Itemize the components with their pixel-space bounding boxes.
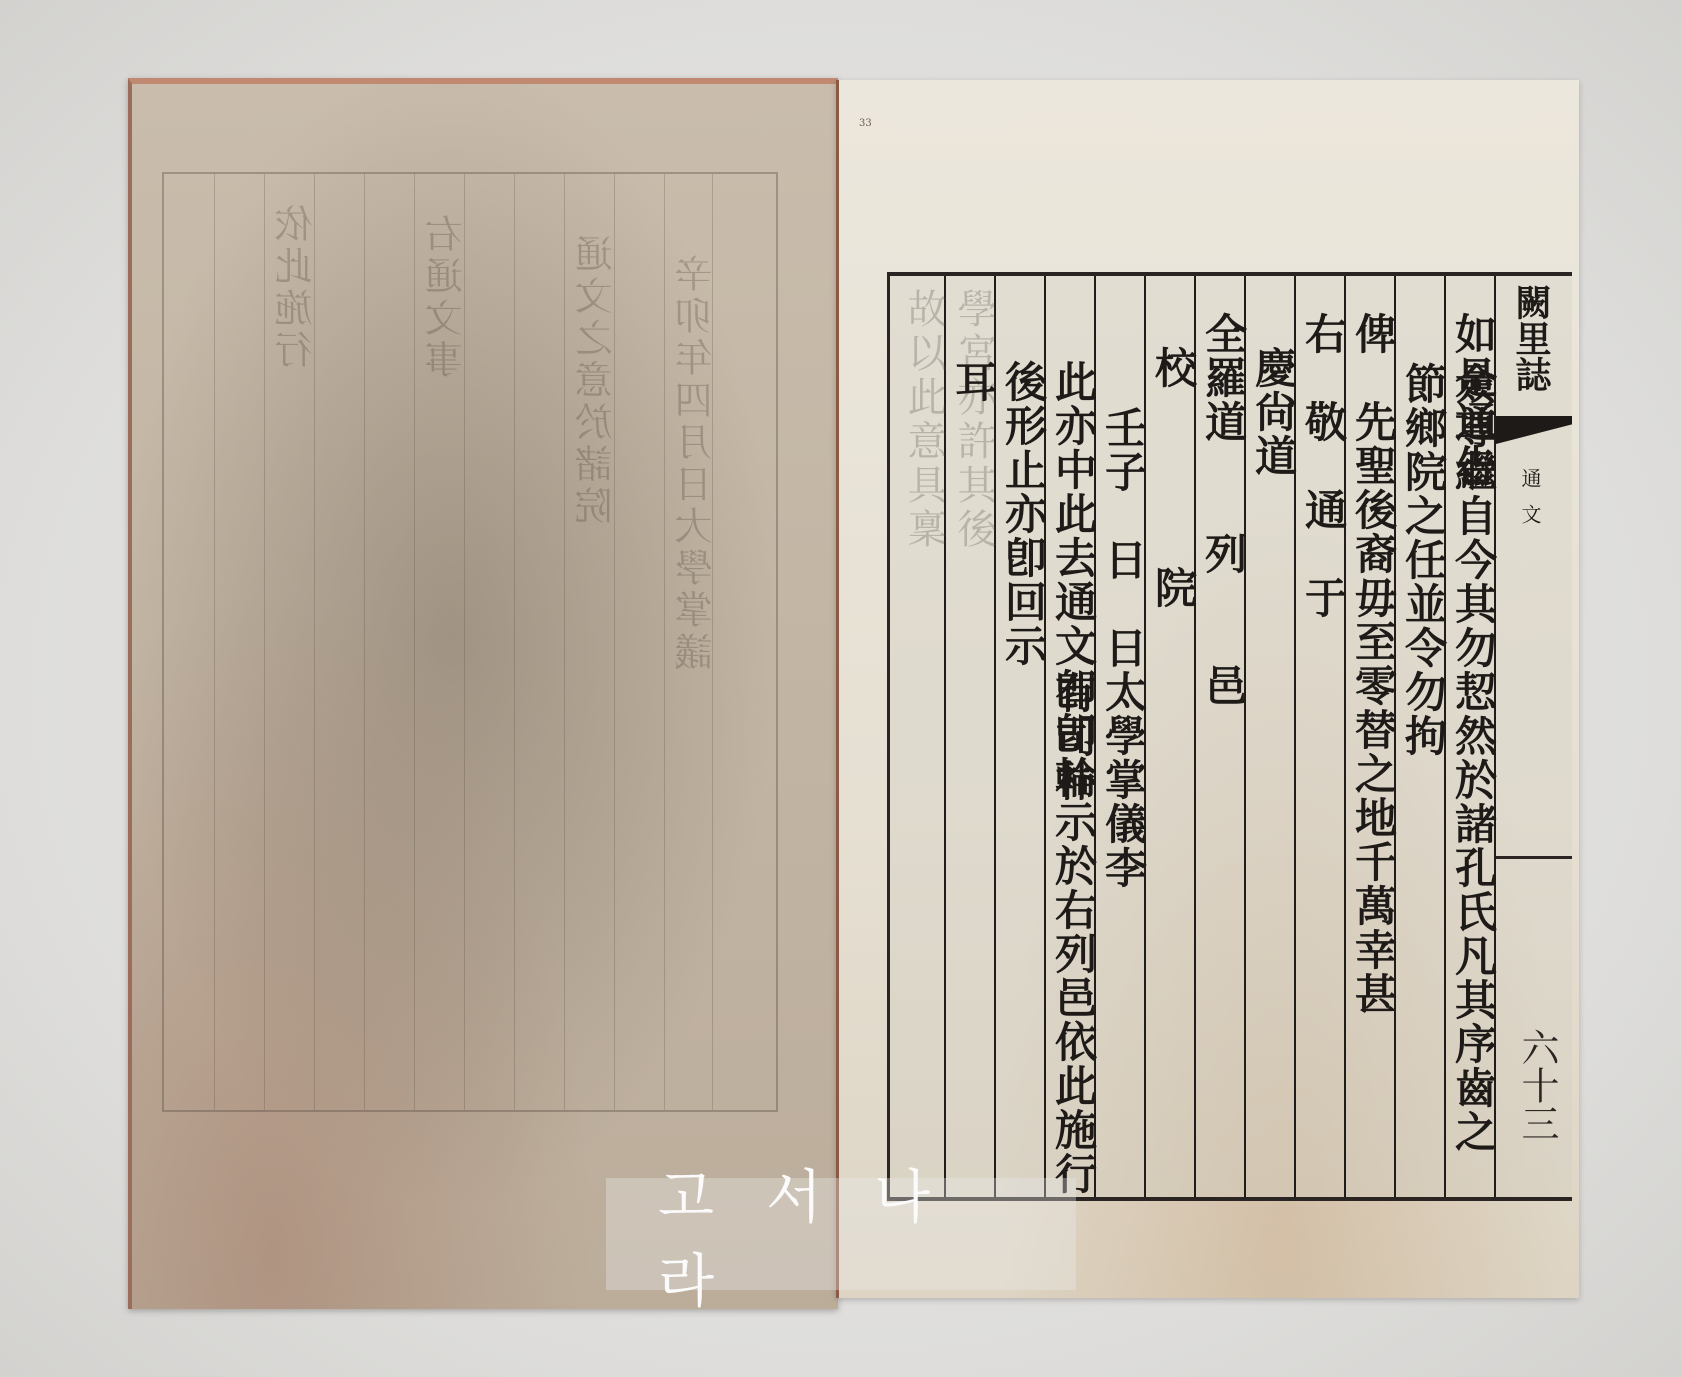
corner-mark: 33 [859, 118, 872, 129]
text-column-4: 右 敬 通 于 [1298, 312, 1348, 620]
ghost-text: 右通文事 [419, 214, 474, 382]
ghost-column-rule [214, 174, 215, 1110]
ghost-column-rule [514, 174, 515, 1110]
watermark: 고서나라 [606, 1178, 1076, 1290]
center-fold-strip: 闕里誌 通文 六十三 [1496, 276, 1572, 1197]
ghost-text: 依此施行 [269, 204, 324, 372]
faint-text: 學宮亦許其後 [946, 288, 1003, 552]
section-label: 通文 [1516, 468, 1545, 540]
ghost-column-rule [664, 174, 665, 1110]
show-through-frame: 辛卯年四月日大學掌議 通文之意於諸院 右通文事 依此施行 [162, 172, 778, 1112]
right-page: 33 故以此意具稟 學宮亦許其後 如是通告 僉尊繼自今其勿恝然於諸孔氏凡其序齒之… [836, 80, 1579, 1298]
ghost-column-rule [364, 174, 365, 1110]
left-page: 辛卯年四月日大學掌議 通文之意於諸院 右通文事 依此施行 [128, 78, 838, 1309]
faint-text: 故以此意具稟 [896, 288, 953, 552]
ghost-column-rule [414, 174, 415, 1110]
text-column-7: 校 院 [1148, 346, 1198, 610]
book-title: 闕里誌 [1506, 284, 1557, 392]
fishtail-mark-icon [1496, 416, 1572, 444]
ghost-text: 辛卯年四月日大學掌議 [669, 254, 724, 674]
text-column-10: 此亦中此去通文卽卽輪示於右列邑依此施行後形止亦卽回示 [998, 360, 1098, 1197]
ghost-column-rule [564, 174, 565, 1110]
text-column-11: 耳 [948, 360, 998, 404]
printed-frame: 故以此意具稟 學宮亦許其後 如是通告 僉尊繼自今其勿恝然於諸孔氏凡其序齒之節鄉院… [887, 272, 1572, 1201]
text-column-6: 全羅道 列 邑 [1198, 312, 1248, 708]
text-column-5: 慶尙道 [1248, 346, 1298, 478]
fold-rule [1496, 856, 1572, 859]
text-column-8: 壬子 日 日太學掌儀李 [1098, 406, 1148, 890]
ghost-text: 通文之意於諸院 [569, 234, 624, 528]
ghost-column-rule [264, 174, 265, 1110]
folio-number: 六十三 [1510, 1028, 1565, 1142]
watermark-text: 고서나라 [606, 1150, 1076, 1318]
text-column-2: 僉尊繼自今其勿恝然於諸孔氏凡其序齒之節鄉院之任並令勿拘 [1398, 362, 1498, 1197]
text-column-3: 俾 先聖後裔毋至零替之地千萬幸甚 [1348, 312, 1398, 1016]
